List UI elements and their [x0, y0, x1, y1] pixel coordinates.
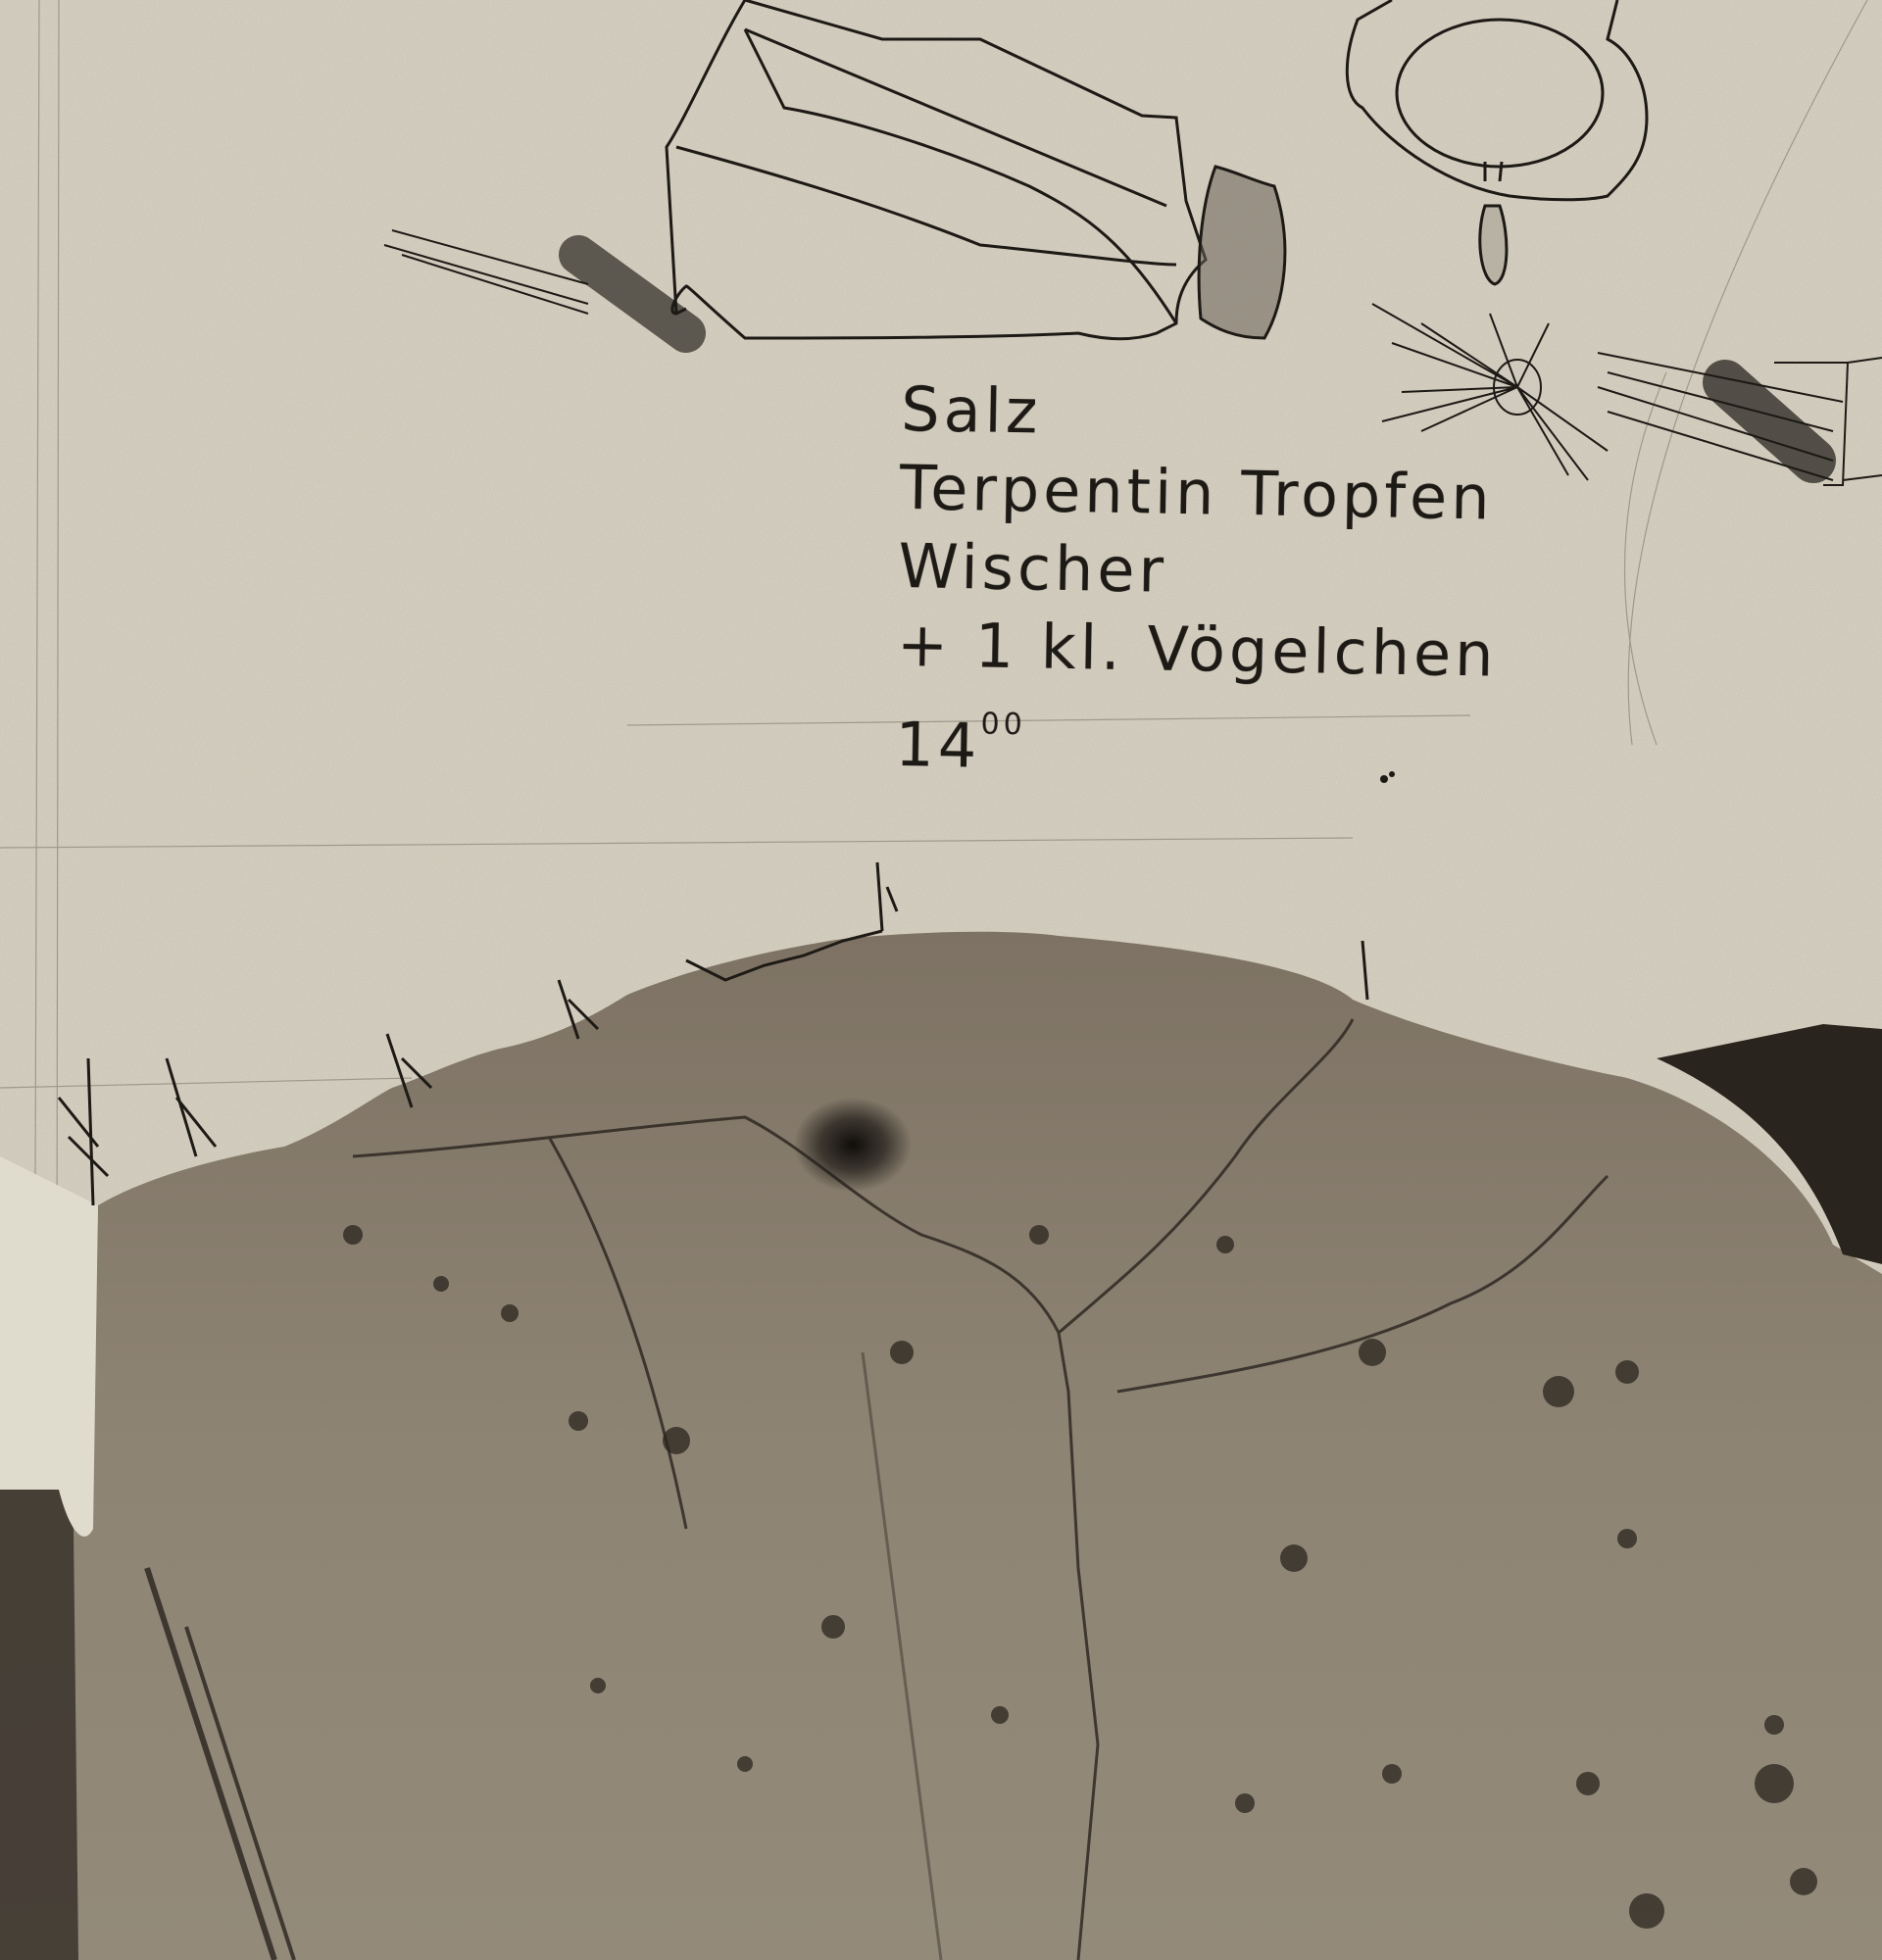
inscription-line-terpentin: Terpentin Tropfen	[899, 449, 1501, 538]
inscription-line-voegelchen: + 1 kl. Vögelchen	[896, 606, 1498, 695]
inscription-line-wischer: Wischer	[898, 527, 1500, 616]
inscription-line-time: 1400	[895, 684, 1497, 795]
etching-canvas	[0, 0, 1882, 1960]
time-minutes: 00	[980, 707, 1026, 742]
handwritten-inscription: Salz Terpentin Tropfen Wischer + 1 kl. V…	[895, 370, 1503, 795]
left-drip	[0, 1156, 98, 1537]
ink-blot	[794, 1098, 912, 1192]
etching-artwork: Salz Terpentin Tropfen Wischer + 1 kl. V…	[0, 0, 1882, 1960]
dark-left-column	[0, 1480, 78, 1960]
time-hours: 14	[895, 709, 981, 782]
inscription-line-salz: Salz	[901, 370, 1503, 460]
